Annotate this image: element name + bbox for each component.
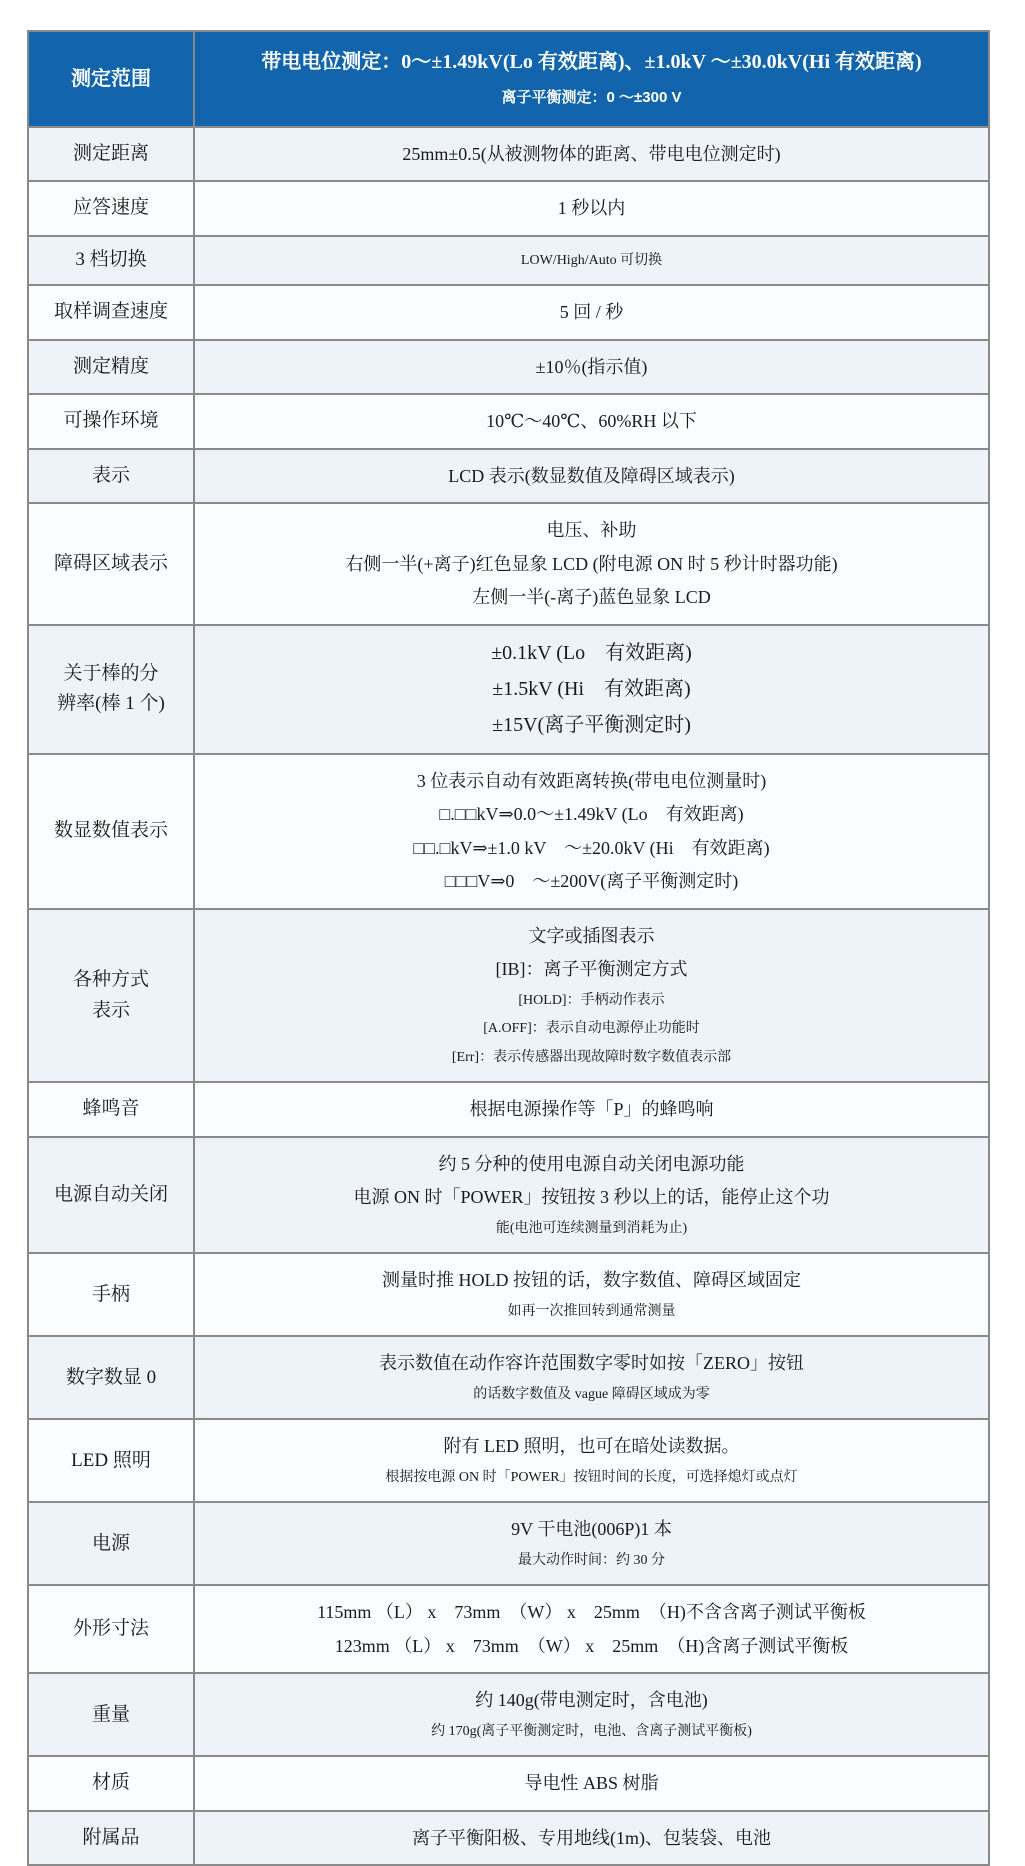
spec-row: 各种方式 表示文字或插图表示[IB]：离子平衡测定方式[HOLD]：手柄动作表示… xyxy=(28,909,989,1083)
spec-row: 测定精度±10％(指示值) xyxy=(28,340,989,395)
spec-value-line: 根据按电源 ON 时「POWER」按钮时间的长度，可选择熄灯或点灯 xyxy=(205,1469,978,1487)
spec-row-label: 取样调查速度 xyxy=(28,285,194,340)
spec-row-value: ±0.1kV (Lo 有效距离)±1.5kV (Hi 有效距离)±15V(离子平… xyxy=(194,625,989,754)
spec-row-value: 5 回 / 秒 xyxy=(194,285,989,340)
spec-row: 应答速度1 秒以内 xyxy=(28,181,989,236)
spec-value-line: [Err]：表示传感器出现故障时数字数值表示部 xyxy=(205,1049,978,1067)
spec-value-line: 3 位表示自动有效距离转换(带电电位测量时) xyxy=(205,770,978,793)
spec-value-line: 右侧一半(+离子)红色显象 LCD (附电源 ON 时 5 秒计时器功能) xyxy=(205,553,978,576)
spec-value-line: [HOLD]：手柄动作表示 xyxy=(205,992,978,1010)
spec-value-line: 离子平衡阳极、专用地线(1m)、包装袋、电池 xyxy=(205,1827,978,1850)
spec-row-label: 测定距离 xyxy=(28,127,194,182)
spec-header-row: 测定范围带电电位测定：0～±1.49kV(Lo 有效距离)、±1.0kV ～±3… xyxy=(28,31,989,127)
spec-row-value: 电压、补助右侧一半(+离子)红色显象 LCD (附电源 ON 时 5 秒计时器功… xyxy=(194,503,989,625)
spec-row-label: 电源自动关闭 xyxy=(28,1137,194,1254)
spec-row: LED 照明附有 LED 照明，也可在暗处读数据。根据按电源 ON 时「POWE… xyxy=(28,1419,989,1502)
spec-row: 手柄测量时推 HOLD 按钮的话，数字数值、障碍区域固定如再一次推回转到通常测量 xyxy=(28,1253,989,1336)
spec-value-line: □□.□kV⇒±1.0 kV ～±20.0kV (Hi 有效距离) xyxy=(205,837,978,860)
spec-value-line: LOW/High/Auto 可切换 xyxy=(205,252,978,270)
spec-value-line: 电源 ON 时「POWER」按钮按 3 秒以上的话，能停止这个功 xyxy=(205,1186,978,1209)
spec-row: 材质导电性 ABS 树脂 xyxy=(28,1756,989,1811)
spec-value-line: LCD 表示(数显数值及障碍区域表示) xyxy=(205,465,978,488)
spec-row: 取样调查速度5 回 / 秒 xyxy=(28,285,989,340)
spec-row-label: 测定精度 xyxy=(28,340,194,395)
spec-header-value: 带电电位测定：0～±1.49kV(Lo 有效距离)、±1.0kV ～±30.0k… xyxy=(194,31,989,127)
spec-row-label: 障碍区域表示 xyxy=(28,503,194,625)
spec-value-line: [A.OFF]：表示自动电源停止功能时 xyxy=(205,1020,978,1038)
spec-value-line: ±15V(离子平衡测定时) xyxy=(205,713,978,738)
spec-value-line: 附有 LED 照明，也可在暗处读数据。 xyxy=(205,1435,978,1458)
spec-row: 电源自动关闭约 5 分种的使用电源自动关闭电源功能电源 ON 时「POWER」按… xyxy=(28,1137,989,1254)
spec-row-label: 蜂鸣音 xyxy=(28,1082,194,1137)
spec-row-label: 数字数显 0 xyxy=(28,1336,194,1419)
spec-header-line: 带电电位测定：0～±1.49kV(Lo 有效距离)、±1.0kV ～±30.0k… xyxy=(205,50,978,75)
spec-value-line: 左侧一半(-离子)蓝色显象 LCD xyxy=(205,586,978,609)
spec-row-value: ±10％(指示值) xyxy=(194,340,989,395)
spec-row-label: LED 照明 xyxy=(28,1419,194,1502)
spec-row-label: 各种方式 表示 xyxy=(28,909,194,1083)
spec-value-line: ±0.1kV (Lo 有效距离) xyxy=(205,641,978,666)
spec-value-line: □□□V⇒0 ～±200V(离子平衡测定时) xyxy=(205,870,978,893)
spec-value-line: [IB]：离子平衡测定方式 xyxy=(205,958,978,981)
spec-row: 蜂鸣音根据电源操作等「P」的蜂鸣响 xyxy=(28,1082,989,1137)
spec-value-line: 115mm （L） x 73mm （W） x 25mm （H)不含含离子测试平衡… xyxy=(205,1601,978,1624)
spec-value-line: 约 5 分种的使用电源自动关闭电源功能 xyxy=(205,1153,978,1176)
spec-row-label: 手柄 xyxy=(28,1253,194,1336)
spec-row: 重量约 140g(带电测定时，含电池)约 170g(离子平衡测定时，电池、含离子… xyxy=(28,1673,989,1756)
spec-row-label: 数显数值表示 xyxy=(28,754,194,909)
spec-row: 障碍区域表示电压、补助右侧一半(+离子)红色显象 LCD (附电源 ON 时 5… xyxy=(28,503,989,625)
spec-row-value: 3 位表示自动有效距离转换(带电电位测量时)□.□□kV⇒0.0～±1.49kV… xyxy=(194,754,989,909)
spec-row-value: 1 秒以内 xyxy=(194,181,989,236)
spec-row-value: 10℃～40℃、60%RH 以下 xyxy=(194,394,989,449)
spec-value-line: 根据电源操作等「P」的蜂鸣响 xyxy=(205,1098,978,1121)
spec-row-label: 重量 xyxy=(28,1673,194,1756)
spec-value-line: 9V 干电池(006P)1 本 xyxy=(205,1518,978,1541)
spec-value-line: 最大动作时间：约 30 分 xyxy=(205,1552,978,1570)
spec-row-value: 测量时推 HOLD 按钮的话，数字数值、障碍区域固定如再一次推回转到通常测量 xyxy=(194,1253,989,1336)
spec-row: 电源9V 干电池(006P)1 本最大动作时间：约 30 分 xyxy=(28,1502,989,1585)
spec-row-value: 25mm±0.5(从被测物体的距离、带电电位测定时) xyxy=(194,127,989,182)
spec-value-line: □.□□kV⇒0.0～±1.49kV (Lo 有效距离) xyxy=(205,803,978,826)
spec-row-value: 离子平衡阳极、专用地线(1m)、包装袋、电池 xyxy=(194,1811,989,1866)
spec-row: 数字数显 0表示数值在动作容许范围数字零时如按「ZERO」按钮的话数字数值及 v… xyxy=(28,1336,989,1419)
spec-row-value: 约 5 分种的使用电源自动关闭电源功能电源 ON 时「POWER」按钮按 3 秒… xyxy=(194,1137,989,1254)
spec-row-value: 约 140g(带电测定时，含电池)约 170g(离子平衡测定时，电池、含离子测试… xyxy=(194,1673,989,1756)
spec-value-line: 5 回 / 秒 xyxy=(205,301,978,324)
spec-row-label: 3 档切换 xyxy=(28,236,194,286)
spec-row-value: LOW/High/Auto 可切换 xyxy=(194,236,989,286)
spec-value-line: 123mm （L） x 73mm （W） x 25mm （H)含离子测试平衡板 xyxy=(205,1635,978,1658)
spec-row-label: 可操作环境 xyxy=(28,394,194,449)
spec-value-line: ±10％(指示值) xyxy=(205,356,978,379)
spec-value-line: 10℃～40℃、60%RH 以下 xyxy=(205,410,978,433)
spec-row-label: 应答速度 xyxy=(28,181,194,236)
spec-row-value: 导电性 ABS 树脂 xyxy=(194,1756,989,1811)
spec-value-line: 约 170g(离子平衡测定时，电池、含离子测试平衡板) xyxy=(205,1723,978,1741)
spec-value-line: 表示数值在动作容许范围数字零时如按「ZERO」按钮 xyxy=(205,1352,978,1375)
spec-row-label: 外形寸法 xyxy=(28,1585,194,1673)
spec-row-label: 材质 xyxy=(28,1756,194,1811)
spec-value-line: 电压、补助 xyxy=(205,519,978,542)
spec-row-label: 表示 xyxy=(28,449,194,504)
spec-value-line: 测量时推 HOLD 按钮的话，数字数值、障碍区域固定 xyxy=(205,1269,978,1292)
spec-row: 表示LCD 表示(数显数值及障碍区域表示) xyxy=(28,449,989,504)
spec-table: 测定范围带电电位测定：0～±1.49kV(Lo 有效距离)、±1.0kV ～±3… xyxy=(27,30,990,1866)
spec-row-value: 9V 干电池(006P)1 本最大动作时间：约 30 分 xyxy=(194,1502,989,1585)
spec-row-label: 附属品 xyxy=(28,1811,194,1866)
spec-table-body: 测定范围带电电位测定：0～±1.49kV(Lo 有效距离)、±1.0kV ～±3… xyxy=(28,31,989,1865)
spec-row: 数显数值表示3 位表示自动有效距离转换(带电电位测量时)□.□□kV⇒0.0～±… xyxy=(28,754,989,909)
spec-row: 可操作环境10℃～40℃、60%RH 以下 xyxy=(28,394,989,449)
spec-row: 外形寸法115mm （L） x 73mm （W） x 25mm （H)不含含离子… xyxy=(28,1585,989,1673)
spec-header-label: 测定范围 xyxy=(28,31,194,127)
spec-row-value: 115mm （L） x 73mm （W） x 25mm （H)不含含离子测试平衡… xyxy=(194,1585,989,1673)
spec-value-line: ±1.5kV (Hi 有效距离) xyxy=(205,677,978,702)
spec-value-line: 25mm±0.5(从被测物体的距离、带电电位测定时) xyxy=(205,143,978,166)
spec-value-line: 约 140g(带电测定时，含电池) xyxy=(205,1689,978,1712)
spec-row-value: LCD 表示(数显数值及障碍区域表示) xyxy=(194,449,989,504)
spec-row: 3 档切换LOW/High/Auto 可切换 xyxy=(28,236,989,286)
spec-value-line: 导电性 ABS 树脂 xyxy=(205,1772,978,1795)
spec-header-line: 离子平衡测定：0 ～±300 V xyxy=(205,89,978,108)
spec-value-line: 如再一次推回转到通常测量 xyxy=(205,1303,978,1321)
spec-value-line: 文字或插图表示 xyxy=(205,925,978,948)
spec-row: 关于棒的分 辨率(棒 1 个)±0.1kV (Lo 有效距离)±1.5kV (H… xyxy=(28,625,989,754)
spec-row: 附属品离子平衡阳极、专用地线(1m)、包装袋、电池 xyxy=(28,1811,989,1866)
spec-value-line: 的话数字数值及 vague 障碍区域成为零 xyxy=(205,1386,978,1404)
spec-row-label: 关于棒的分 辨率(棒 1 个) xyxy=(28,625,194,754)
spec-value-line: 1 秒以内 xyxy=(205,197,978,220)
spec-row-value: 文字或插图表示[IB]：离子平衡测定方式[HOLD]：手柄动作表示[A.OFF]… xyxy=(194,909,989,1083)
spec-value-line: 能(电池可连续测量到消耗为止) xyxy=(205,1220,978,1238)
spec-row-value: 表示数值在动作容许范围数字零时如按「ZERO」按钮的话数字数值及 vague 障… xyxy=(194,1336,989,1419)
spec-row: 测定距离25mm±0.5(从被测物体的距离、带电电位测定时) xyxy=(28,127,989,182)
spec-row-value: 根据电源操作等「P」的蜂鸣响 xyxy=(194,1082,989,1137)
spec-row-label: 电源 xyxy=(28,1502,194,1585)
spec-row-value: 附有 LED 照明，也可在暗处读数据。根据按电源 ON 时「POWER」按钮时间… xyxy=(194,1419,989,1502)
